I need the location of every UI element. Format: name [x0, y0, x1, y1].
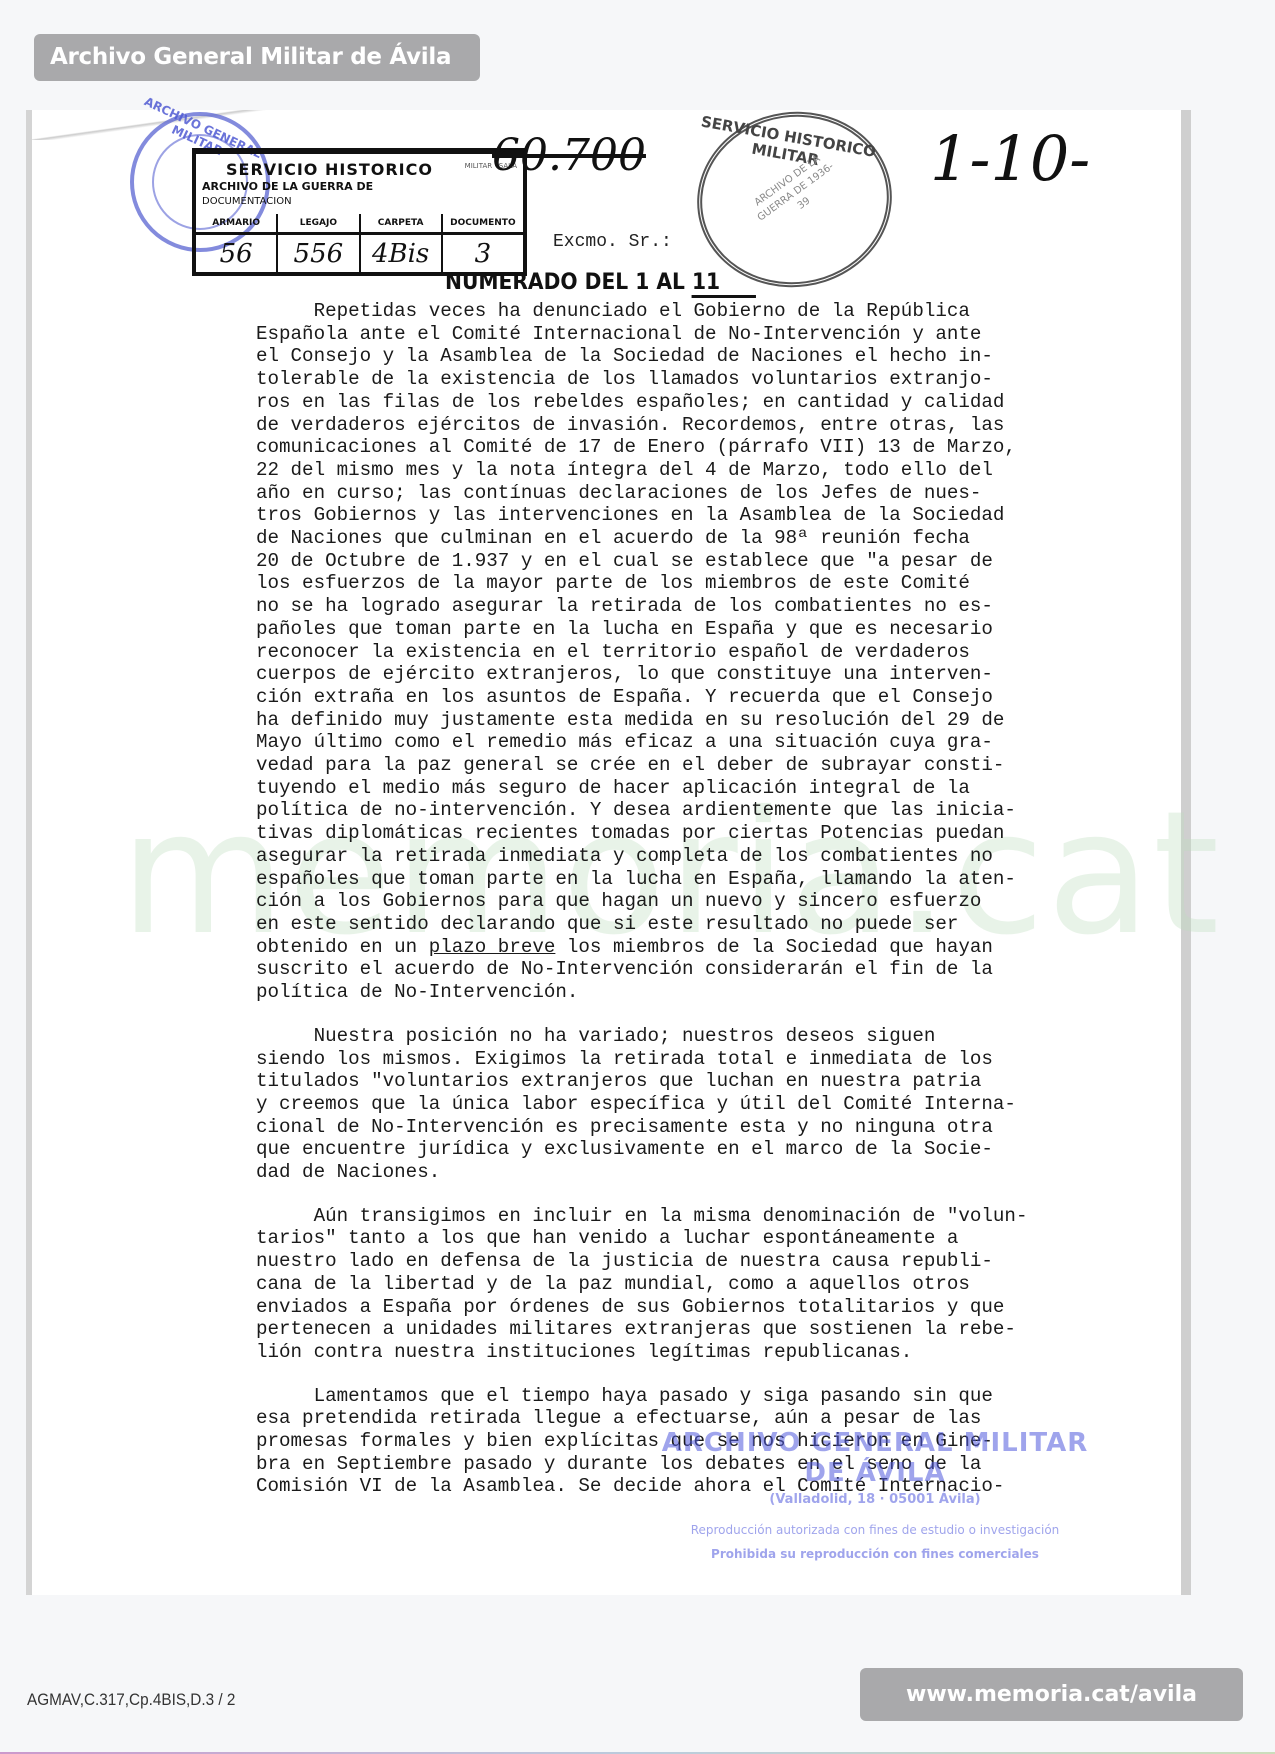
text-line: de verdaderos ejércitos de invasión. Rec… — [256, 414, 1004, 436]
text-line: asegurar la retirada inmediata y complet… — [256, 845, 993, 867]
text-line: tolerable de la existencia de los llamad… — [256, 368, 993, 390]
text-line: reconocer la existencia en el territorio… — [256, 641, 970, 663]
text-line: tarios" tanto a los que han venido a luc… — [256, 1227, 958, 1249]
text-line: ción extraña en los asuntos de España. Y… — [256, 686, 993, 708]
text-line: siendo los mismos. Exigimos la retirada … — [256, 1048, 993, 1070]
stamp-val-carpeta: 4Bis — [361, 234, 443, 272]
text-line: ha definido muy justamente esta medida e… — [256, 709, 1004, 731]
text-line: cional de No-Intervención es precisament… — [256, 1116, 993, 1138]
paragraph: Aún transigimos en incluir en la misma d… — [256, 1205, 1156, 1364]
text-line: bra en Septiembre pasado y durante los d… — [256, 1453, 981, 1475]
text-line: españoles que toman parte en la lucha en… — [256, 868, 1016, 890]
numbered-heading: NUMERADO DEL 1 AL 11 — [445, 270, 756, 298]
text-line: el Consejo y la Asamblea de la Sociedad … — [256, 345, 993, 367]
text-line: nuestro lado en defensa de la justicia d… — [256, 1250, 993, 1272]
text-line: lión contra nuestra instituciones legíti… — [256, 1341, 912, 1363]
stamp-col-documento: DOCUMENTO — [443, 214, 523, 232]
stamp-val-documento: 3 — [443, 234, 523, 272]
stamp-header-row: ARMARIO LEGAJO CARPETA DOCUMENTO — [196, 214, 523, 235]
text-line: cuerpos de ejército extranjeros, lo que … — [256, 663, 993, 685]
memoria-url-link[interactable]: www.memoria.cat/avila — [860, 1668, 1243, 1721]
text-line: vedad para la paz general se crée en el … — [256, 754, 1004, 776]
paragraph: Lamentamos que el tiempo haya pasado y s… — [256, 1385, 1156, 1499]
stamp-col-armario: ARMARIO — [196, 214, 278, 232]
underlined-phrase: plazo breve — [429, 936, 556, 958]
text-line: no se ha logrado asegurar la retirada de… — [256, 595, 993, 617]
stamp-col-carpeta: CARPETA — [361, 214, 443, 232]
numbered-value: 11 — [692, 270, 756, 298]
text-line: los esfuerzos de la mayor parte de los m… — [256, 572, 970, 594]
paragraph: Nuestra posición no ha variado; nuestros… — [256, 1025, 1156, 1184]
stamp-val-legajo: 556 — [278, 234, 360, 272]
text-line: año en curso; las contínuas declaracione… — [256, 482, 981, 504]
archive-classification-stamp: SERVICIO HISTORICO ARCHIVO DE LA GUERRA … — [192, 148, 527, 276]
text-line: Española ante el Comité Internacional de… — [256, 323, 981, 345]
handwritten-page-marker: 1-10- — [930, 122, 1090, 195]
text-line: suscrito el acuerdo de No-Intervención c… — [256, 958, 993, 980]
document-reference: AGMAV,C.317,Cp.4BIS,D.3 / 2 — [27, 1690, 235, 1710]
salutation: Excmo. Sr.: — [553, 232, 672, 252]
text-line: ción a los Gobiernos para que hagan un n… — [256, 890, 981, 912]
text-line: que encuentre jurídica y exclusivamente … — [256, 1138, 993, 1160]
text-line: pertenecen a unidades militares extranje… — [256, 1318, 1016, 1340]
stamp-val-armario: 56 — [196, 234, 278, 272]
text-line: pañoles que toman parte en la lucha en E… — [256, 618, 993, 640]
text-line: titulados "voluntarios extranjeros que l… — [256, 1070, 981, 1092]
archive-title-badge: Archivo General Militar de Ávila — [34, 34, 480, 81]
text-line: comunicaciones al Comité de 17 de Enero … — [256, 436, 1016, 458]
text-line: esa pretendida retirada llegue a efectua… — [256, 1407, 981, 1429]
text-line: tuyendo el medio más seguro de hacer apl… — [256, 777, 970, 799]
text-line: en este sentido declarando que si este r… — [256, 913, 958, 935]
text-line: política de No-Intervención. — [256, 981, 578, 1003]
text-line: Lamentamos que el tiempo haya pasado y s… — [256, 1385, 993, 1407]
stamp-line-2: ARCHIVO DE LA GUERRA DE — [202, 180, 373, 193]
text-line: política de no-intervención. Y desea ard… — [256, 799, 1016, 821]
stamp-line-3: DOCUMENTACION — [202, 196, 292, 207]
text-line: tros Gobiernos y las intervenciones en l… — [256, 504, 1004, 526]
text-line: obtenido en un plazo breve los miembros … — [256, 936, 993, 958]
text-line: Aún transigimos en incluir en la misma d… — [256, 1205, 1027, 1227]
numbered-label: NUMERADO DEL 1 AL — [445, 270, 685, 295]
stamp-col-legajo: LEGAJO — [278, 214, 360, 232]
text-line: tivas diplomáticas recientes tomadas por… — [256, 822, 1004, 844]
struck-handwritten-number: 60.700 — [492, 130, 646, 181]
text-line: 22 del mismo mes y la nota íntegra del 4… — [256, 459, 993, 481]
text-line: Repetidas veces ha denunciado el Gobiern… — [256, 300, 970, 322]
text-line: enviados a España por órdenes de sus Gob… — [256, 1296, 1004, 1318]
text-line: Comisión VI de la Asamblea. Se decide ah… — [256, 1475, 1004, 1497]
text-line: cana de la libertad y de la paz mundial,… — [256, 1273, 970, 1295]
stamp-values-row: 56 556 4Bis 3 — [196, 234, 523, 272]
text-line: ros en las filas de los rebeldes español… — [256, 391, 1004, 413]
text-line: Nuestra posición no ha variado; nuestros… — [256, 1025, 935, 1047]
paragraph: Repetidas veces ha denunciado el Gobiern… — [256, 300, 1156, 1004]
document-body: Repetidas veces ha denunciado el Gobiern… — [256, 300, 1156, 1519]
text-line: dad de Naciones. — [256, 1161, 440, 1183]
text-line: promesas formales y bien explícitas que … — [256, 1430, 993, 1452]
text-line: y creemos que la única labor específica … — [256, 1093, 1016, 1115]
text-line: de Naciones que culminan en el acuerdo d… — [256, 527, 970, 549]
stamp-line-1: SERVICIO HISTORICO — [226, 160, 433, 179]
text-line: 20 de Octubre de 1.937 y en el cual se e… — [256, 550, 993, 572]
text-line: Mayo último como el remedio más eficaz a… — [256, 731, 993, 753]
